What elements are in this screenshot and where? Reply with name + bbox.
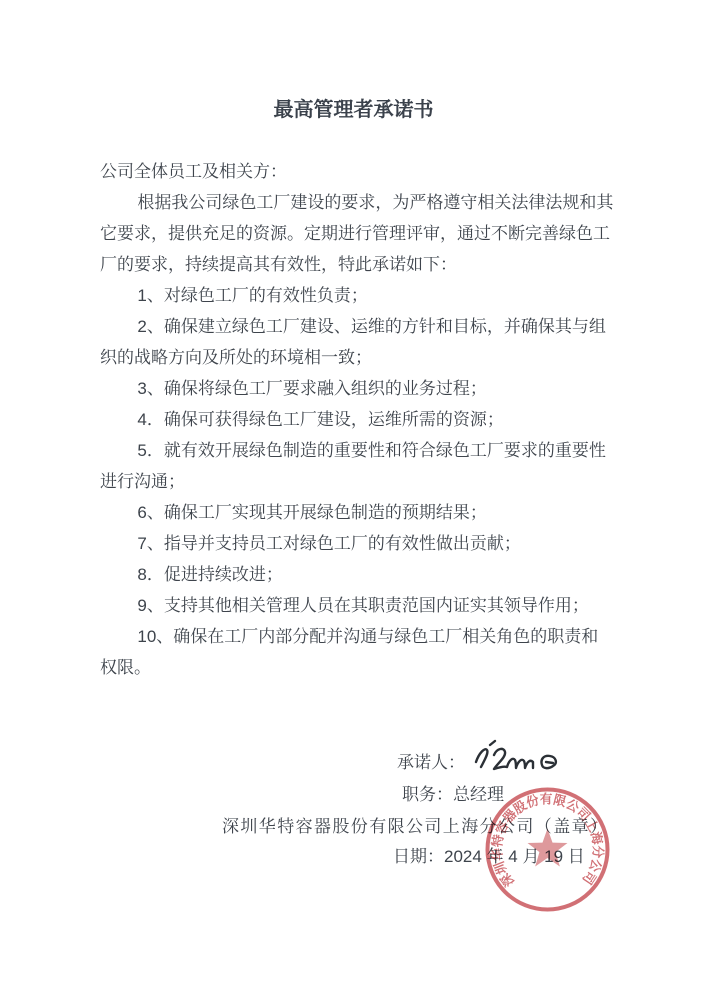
- signature-promiser-label: 承诺人：: [397, 747, 465, 778]
- body-line: 9、支持其他相关管理人员在其职责范国内证实其领导作用；: [100, 590, 620, 621]
- page-title: 最高管理者承诺书: [0, 95, 707, 126]
- body-line: 5．就有效开展绿色制造的重要性和符合绿色工厂要求的重要性: [100, 435, 620, 466]
- document-body: 公司全体员工及相关方： 根据我公司绿色工厂建设的要求，为严格遵守相关法律法规和其…: [100, 156, 620, 683]
- body-line: 1、对绿色工厂的有效性负责；: [100, 280, 620, 311]
- body-line: 它要求，提供充足的资源。定期进行管理评审，通过不断完善绿色工: [100, 218, 620, 249]
- body-line: 4．确保可获得绿色工厂建设，运维所需的资源；: [100, 404, 620, 435]
- body-line: 公司全体员工及相关方：: [100, 156, 620, 187]
- document-page: 最高管理者承诺书 公司全体员工及相关方： 根据我公司绿色工厂建设的要求，为严格遵…: [0, 0, 707, 1000]
- body-line: 根据我公司绿色工厂建设的要求，为严格遵守相关法律法规和其: [100, 187, 620, 218]
- body-line: 进行沟通；: [100, 466, 620, 497]
- body-line: 权限。: [100, 652, 620, 683]
- body-line: 织的战略方向及所处的环境相一致；: [100, 342, 620, 373]
- body-line: 厂的要求，持续提高其有效性，特此承诺如下：: [100, 249, 620, 280]
- body-line: 7、指导并支持员工对绿色工厂的有效性做出贡献；: [100, 528, 620, 559]
- star-icon: [528, 829, 568, 867]
- body-line: 8．促进持续改进；: [100, 559, 620, 590]
- company-seal-stamp: 深圳华特容器股份有限公司上海分公司: [481, 783, 614, 916]
- handwritten-signature: [466, 736, 570, 782]
- body-line: 6、确保工厂实现其开展绿色制造的预期结果；: [100, 497, 620, 528]
- body-line: 3、确保将绿色工厂要求融入组织的业务过程；: [100, 373, 620, 404]
- body-line: 10、确保在工厂内部分配并沟通与绿色工厂相关角色的职责和: [100, 621, 620, 652]
- body-line: 2、确保建立绿色工厂建设、运维的方针和目标，并确保其与组: [100, 311, 620, 342]
